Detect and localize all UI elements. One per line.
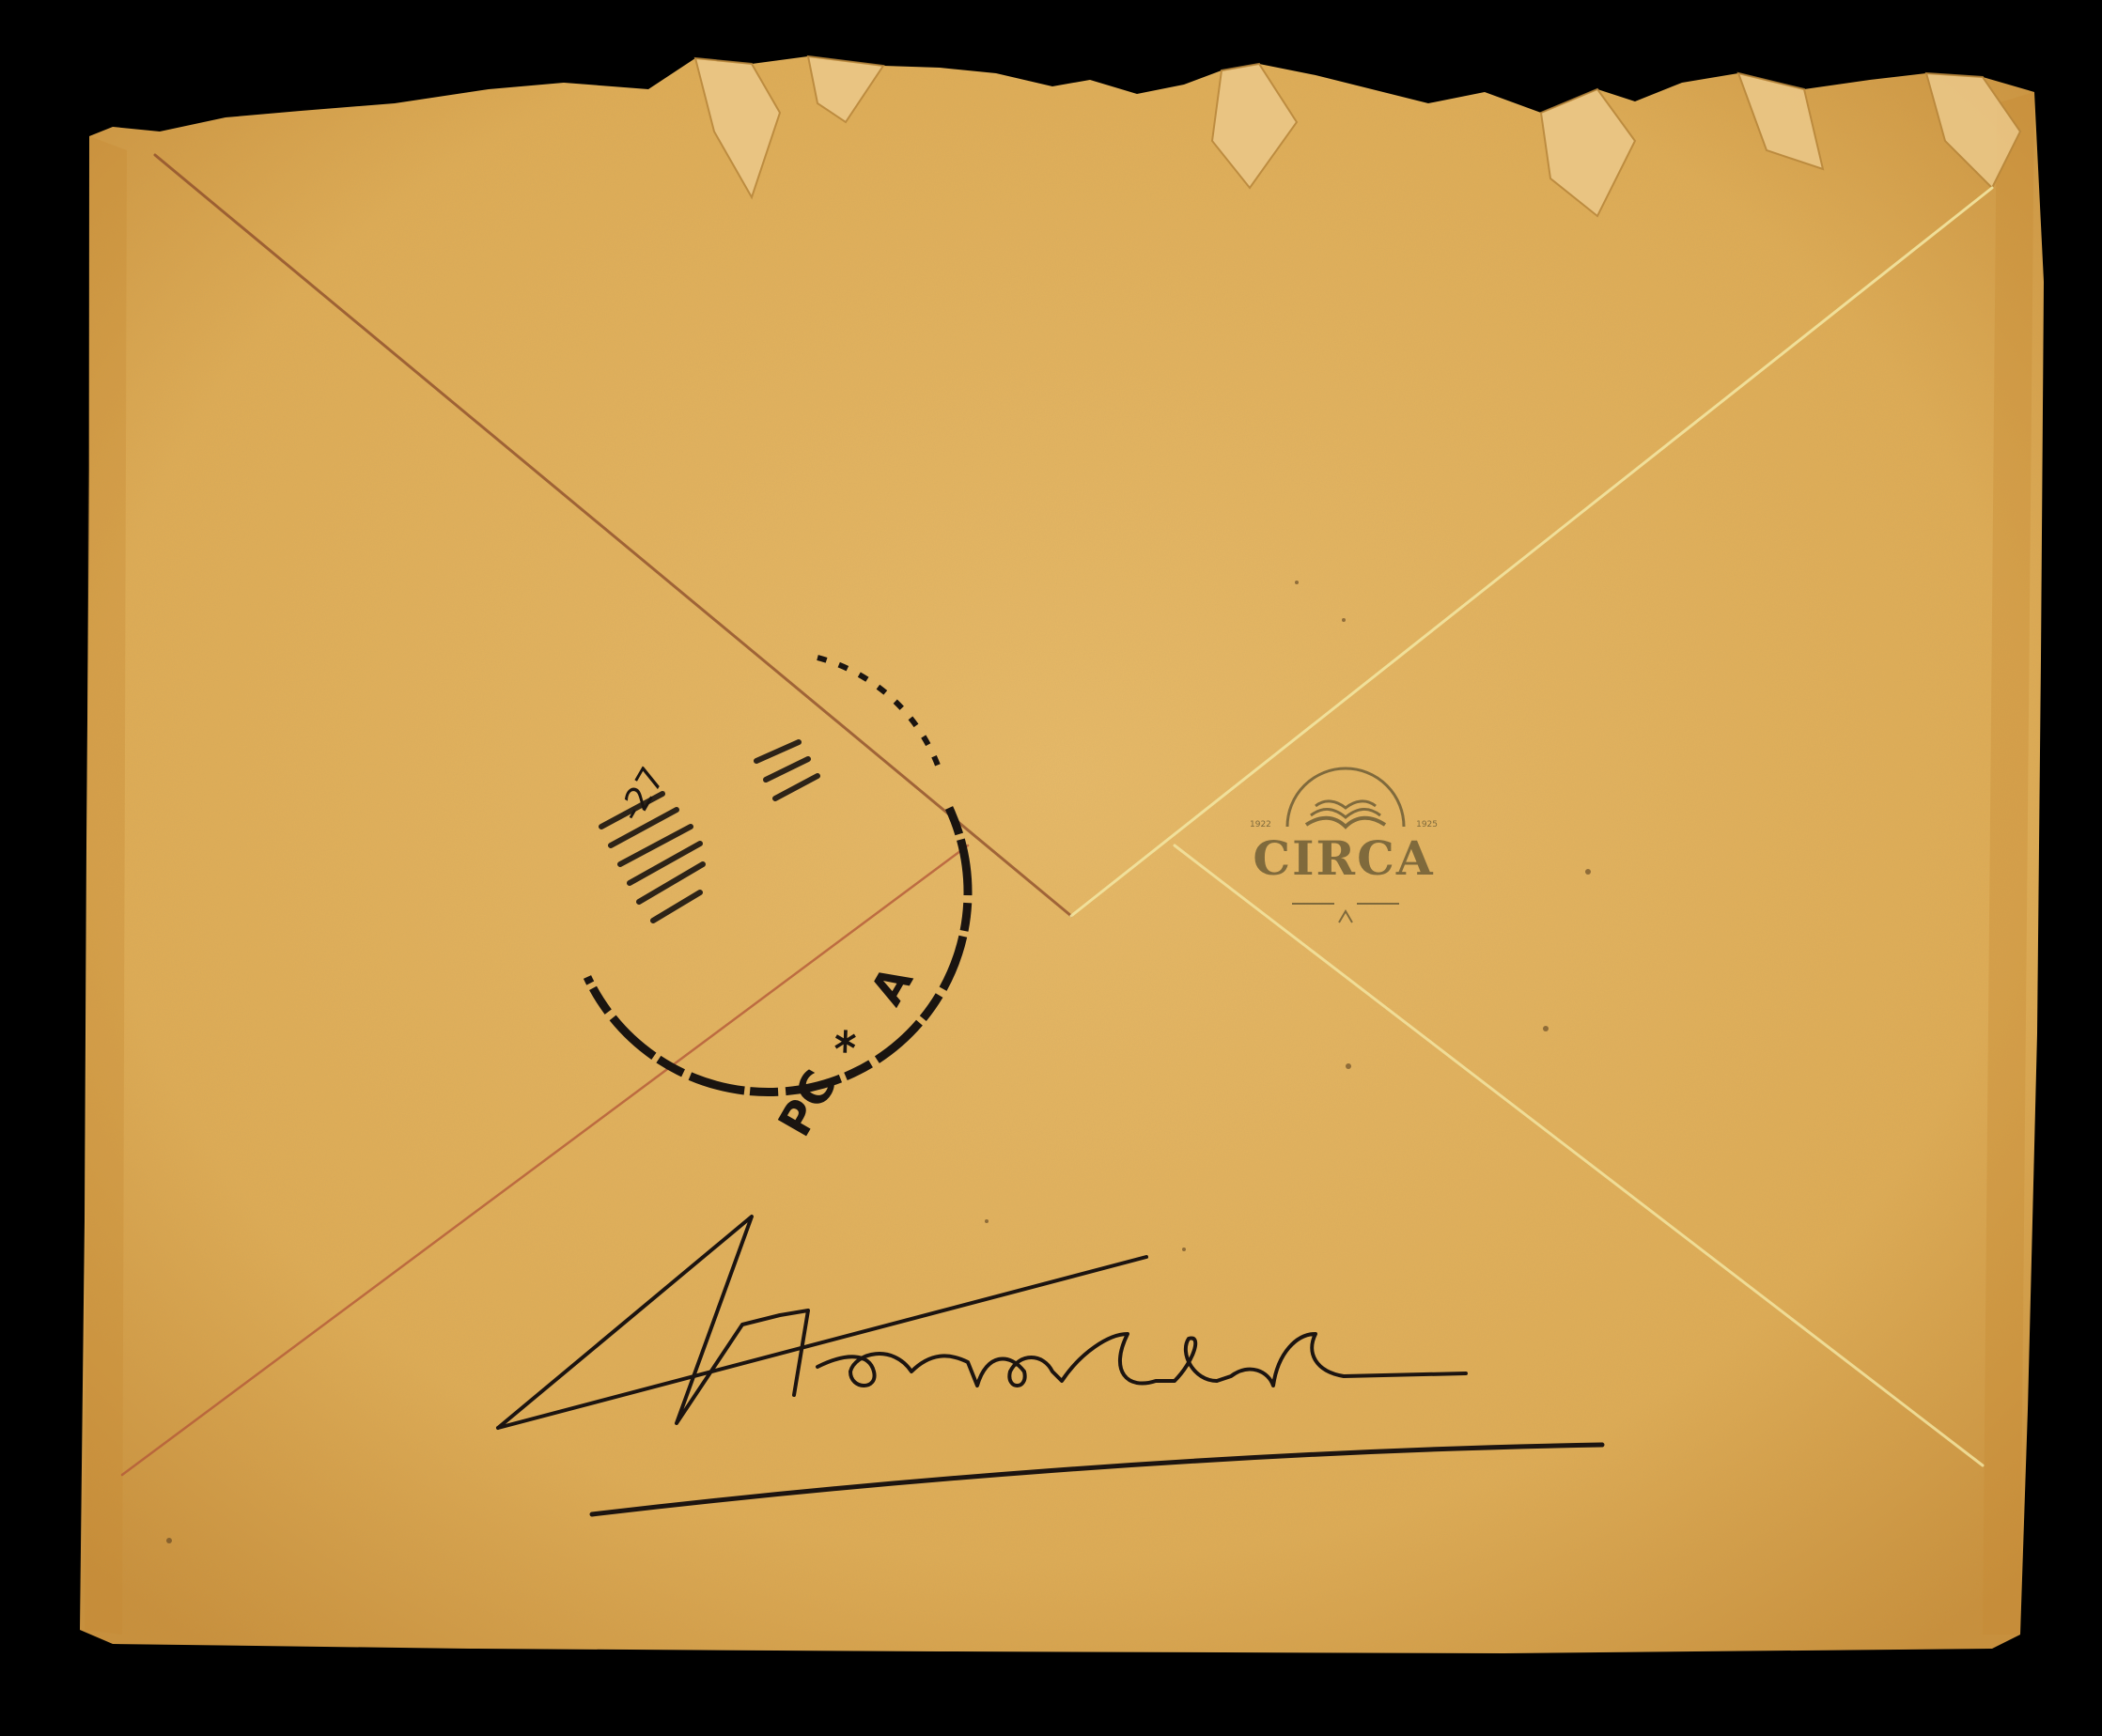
envelope-photo: A * PC -27 xyxy=(0,0,2102,1736)
watermark-brand: CIRCA xyxy=(1250,835,1438,882)
watermark-year-right: 1925 xyxy=(1416,820,1438,829)
watermark-year-left: 1922 xyxy=(1250,820,1271,829)
circa-watermark: 1922 1925 CIRCA xyxy=(1250,766,1438,882)
